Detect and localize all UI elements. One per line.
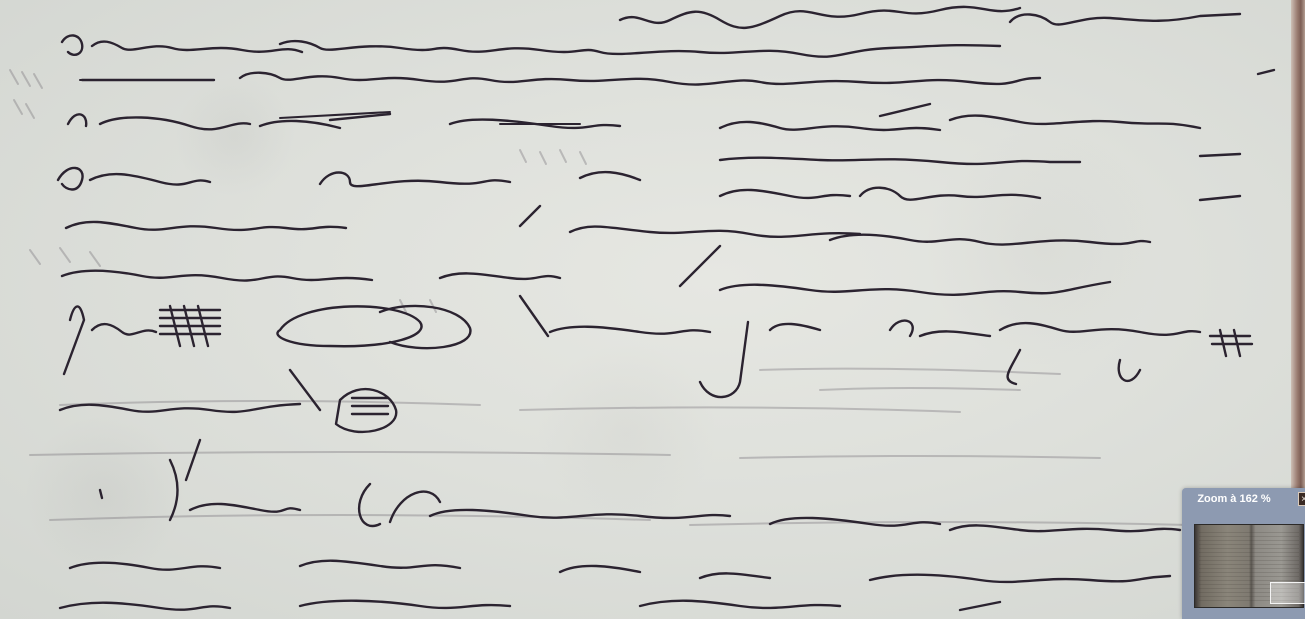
manuscript-handwriting: [0, 0, 1305, 619]
page-thumbnail[interactable]: [1194, 524, 1304, 608]
viewport-indicator[interactable]: [1270, 582, 1305, 604]
zoom-level-label: Zoom à 162 %: [1182, 493, 1286, 505]
manuscript-viewer[interactable]: [0, 0, 1305, 619]
zoom-navigator-panel[interactable]: Zoom à 162 % ×: [1182, 488, 1305, 619]
close-navigator-button[interactable]: ×: [1298, 492, 1305, 506]
